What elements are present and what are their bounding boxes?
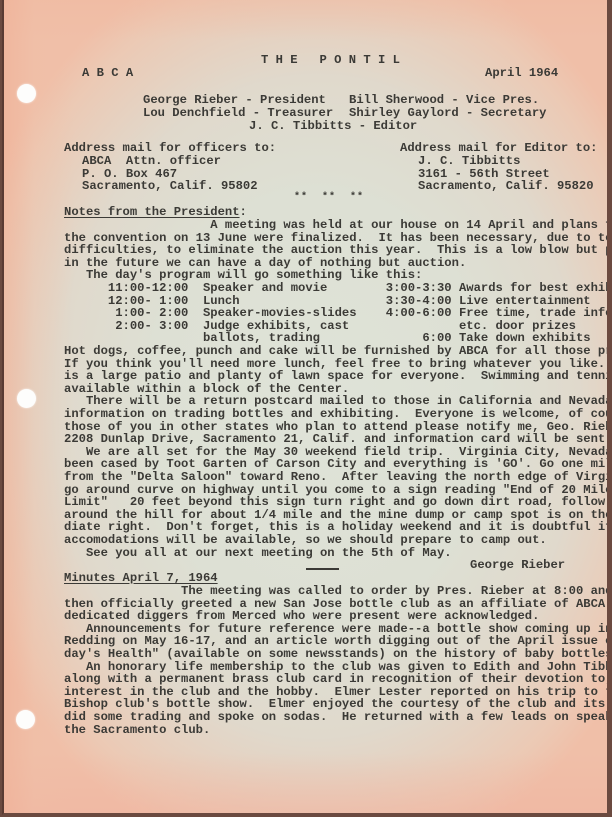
punch-hole-bottom — [16, 710, 35, 729]
officers-address-line: ABCA Attn. officer — [82, 155, 221, 168]
text-line: accomodations will be available, so we s… — [64, 534, 594, 547]
minutes-heading-text: Minutes April 7, 1964 — [64, 571, 218, 585]
text-line: Limit" 20 feet beyond this sign turn rig… — [64, 496, 594, 509]
president-notes-body: Hot dogs, coffee, punch and cake will be… — [64, 345, 594, 559]
text-line: Hot dogs, coffee, punch and cake will be… — [64, 345, 594, 358]
officer-vice-president: Bill Sherwood - Vice Pres. — [349, 94, 539, 107]
text-line: A meeting was held at our house on 14 Ap… — [64, 219, 594, 232]
punch-hole-middle — [17, 389, 36, 408]
newsletter-title: T H E P O N T I L — [261, 54, 400, 67]
president-notes-intro: A meeting was held at our house on 14 Ap… — [64, 219, 594, 282]
text-line: did some trading and spoke on sodas. He … — [64, 711, 594, 724]
officer-secretary: Shirley Gaylord - Secretary — [349, 107, 546, 120]
text-line: is a large patio and planty of lawn spac… — [64, 370, 594, 383]
text-line: dedicated diggers from Merced who were p… — [64, 610, 594, 623]
text-line: the Sacramento club. — [64, 724, 594, 737]
editor-address-heading: Address mail for Editor to: — [400, 142, 597, 155]
schedule-row: 11:00-12:00 Speaker and movie 3:00-3:30 … — [64, 282, 594, 295]
text-line: difficulties, to eliminate the auction t… — [64, 244, 594, 257]
president-notes-heading-text: Notes from the President — [64, 205, 240, 219]
officers-address-line: Sacramento, Calif. 95802 — [82, 180, 258, 193]
editor-address-line: J. C. Tibbitts — [418, 155, 520, 168]
officer-treasurer: Lou Denchfield - Treasurer — [143, 107, 333, 120]
text-line: 2208 Dunlap Drive, Sacramento 21, Calif.… — [64, 433, 594, 446]
newsletter-page: T H E P O N T I L A B C A April 1964 Geo… — [2, 0, 609, 815]
issue-date: April 1964 — [485, 67, 558, 80]
text-line: day's Health" (available on some newssta… — [64, 648, 594, 661]
president-notes-heading: Notes from the President: — [64, 206, 247, 219]
punch-hole-top — [17, 84, 36, 103]
text-line: information on trading bottles and exhib… — [64, 408, 594, 421]
schedule-row: 1:00- 2:00 Speaker-movies-slides 4:00-6:… — [64, 307, 594, 320]
minutes-heading: Minutes April 7, 1964 — [64, 572, 218, 585]
heading-colon: : — [240, 205, 247, 219]
text-line: The meeting was called to order by Pres.… — [64, 585, 594, 598]
officer-editor: J. C. Tibbitts - Editor — [249, 120, 417, 133]
section-separator: ** ** ** — [294, 192, 364, 205]
org-name: A B C A — [82, 67, 133, 80]
text-line: along with a permanent brass club card i… — [64, 673, 594, 686]
text-line: from the "Delta Saloon" toward Reno. Aft… — [64, 471, 594, 484]
minutes-body: The meeting was called to order by Pres.… — [64, 585, 594, 736]
section-divider — [306, 568, 339, 570]
president-signature: George Rieber — [470, 559, 565, 572]
officers-address-heading: Address mail for officers to: — [64, 142, 276, 155]
officer-president: George Rieber - President — [143, 94, 326, 107]
editor-address-line: Sacramento, Calif. 95820 — [418, 180, 594, 193]
program-schedule: 11:00-12:00 Speaker and movie 3:00-3:30 … — [64, 282, 594, 345]
